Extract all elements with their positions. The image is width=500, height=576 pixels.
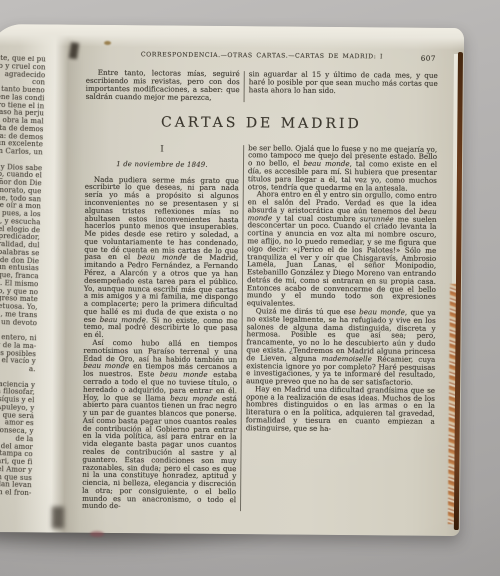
gutter-shadow-bottom xyxy=(52,507,64,529)
table-speck xyxy=(90,531,104,537)
gutter-shadow-top xyxy=(69,42,79,59)
paper-speck xyxy=(104,41,111,45)
intro-right-column: sin aguardar al 15 y último de cada mes,… xyxy=(249,70,438,103)
running-title: CORRESPONDENCIA.—OTRAS CARTAS.—CARTAS DE… xyxy=(86,51,438,61)
page-number: 607 xyxy=(421,54,436,63)
open-book: te, que el pú ro y cruel con agradecido … xyxy=(0,24,464,536)
running-head: CORRESPONDENCIA.—OTRAS CARTAS.—CARTAS DE… xyxy=(86,51,438,64)
chapter-title: CARTAS DE MADRID xyxy=(85,113,437,132)
body-columns: I 1 de noviembre de 1849. Nada pudiera s… xyxy=(82,142,437,513)
column-rule xyxy=(240,145,244,512)
intro-left-text: Entre tanto, lectoras mías, seguiré escr… xyxy=(86,69,240,102)
intro-paragraph: Entre tanto, lectoras mías, seguiré escr… xyxy=(86,69,438,104)
intro-left-column: Entre tanto, lectoras mías, seguiré escr… xyxy=(86,69,240,102)
column-rule xyxy=(244,71,245,102)
dateline: 1 de noviembre de 1849. xyxy=(85,159,239,168)
right-column-text: be ser bello. Ojalá que lo fuese y no me… xyxy=(246,144,438,434)
photo-of-open-book: te, que el pú ro y cruel con agradecido … xyxy=(0,0,500,576)
section-number: I xyxy=(85,143,239,154)
left-page-partial-text: te, que el pú ro y cruel con agradecido … xyxy=(0,55,46,502)
right-page: CORRESPONDENCIA.—OTRAS CARTAS.—CARTAS DE… xyxy=(82,47,438,528)
body-right-column: be ser bello. Ojalá que lo fuese y no me… xyxy=(245,144,437,513)
intro-right-text: sin aguardar al 15 y último de cada mes,… xyxy=(249,70,438,95)
left-column-text: Nada pudiera serme más grato que escribi… xyxy=(82,175,239,511)
body-left-column: I 1 de noviembre de 1849. Nada pudiera s… xyxy=(82,142,239,511)
